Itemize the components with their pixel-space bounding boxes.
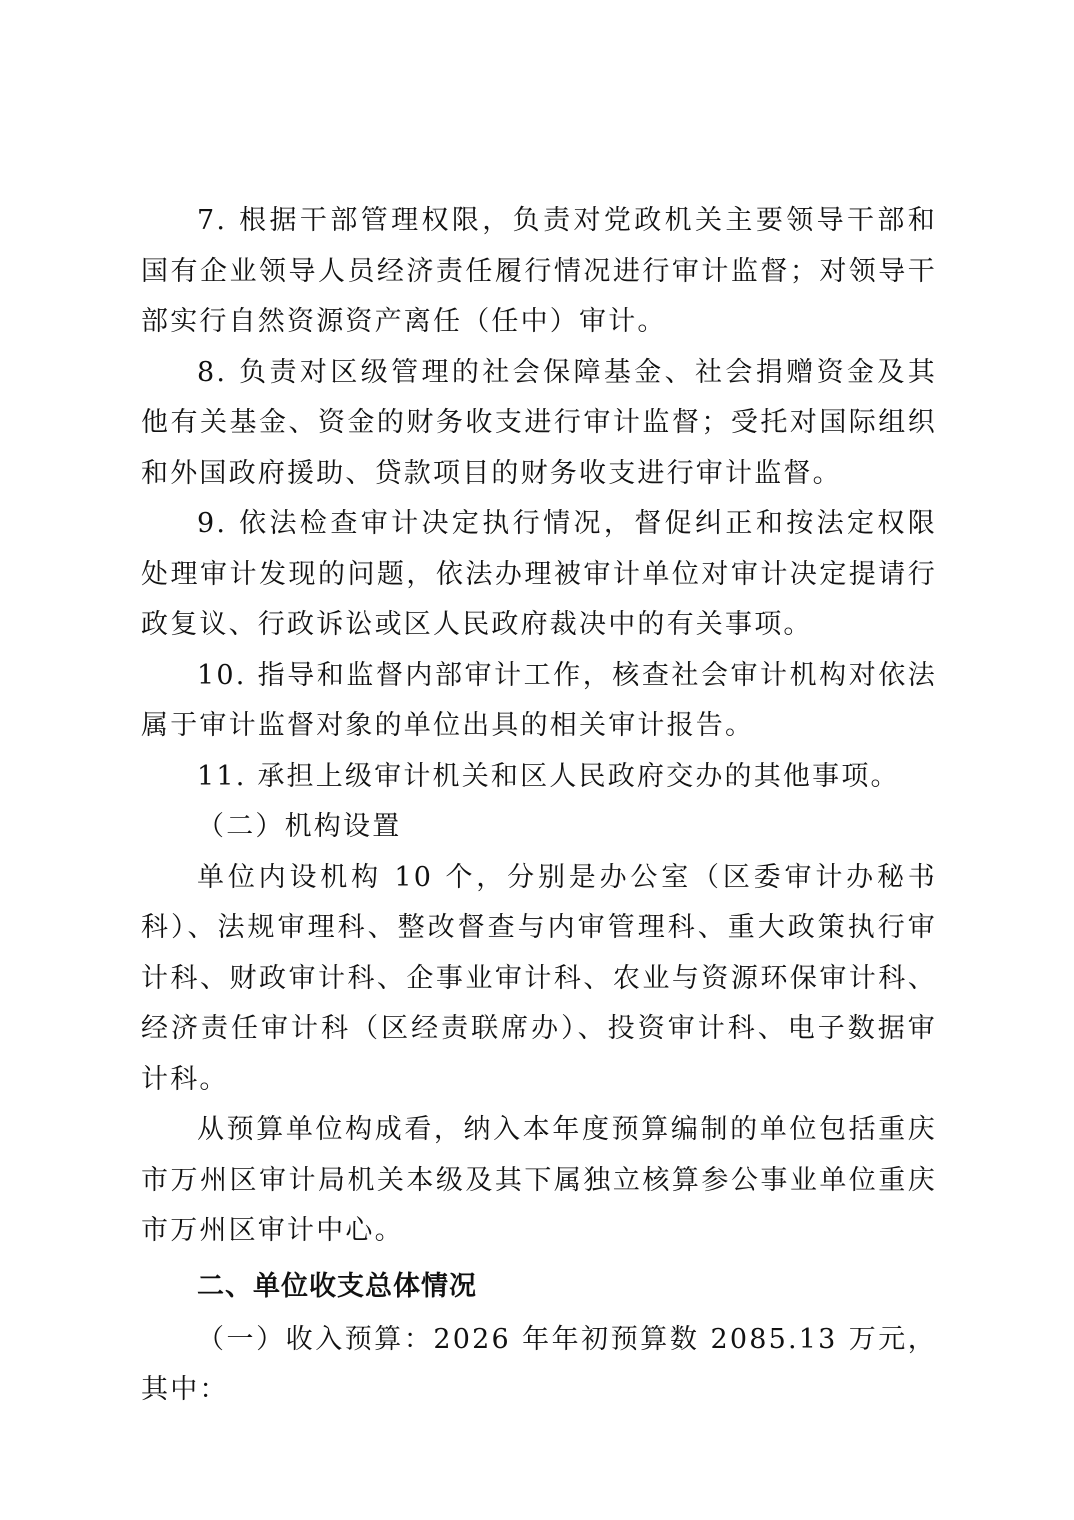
subsection-title-org-setup: （二）机构设置 xyxy=(141,802,937,853)
paragraph-item-10: 10. 指导和监督内部审计工作，核查社会审计机构对依法属于审计监督对象的单位出具… xyxy=(141,651,937,752)
paragraph-budget-units: 从预算单位构成看，纳入本年度预算编制的单位包括重庆市万州区审计局机关本级及其下属… xyxy=(141,1105,937,1257)
paragraph-income-budget: （一）收入预算：2026 年年初预算数 2085.13 万元，其中： xyxy=(141,1315,937,1416)
paragraph-item-7: 7. 根据干部管理权限，负责对党政机关主要领导干部和国有企业领导人员经济责任履行… xyxy=(141,196,937,348)
paragraph-item-11: 11. 承担上级审计机关和区人民政府交办的其他事项。 xyxy=(141,752,937,803)
section-title-income-expense: 二、单位收支总体情况 xyxy=(141,1259,937,1315)
paragraph-item-8: 8. 负责对区级管理的社会保障基金、社会捐赠资金及其他有关基金、资金的财务收支进… xyxy=(141,348,937,500)
document-page: 7. 根据干部管理权限，负责对党政机关主要领导干部和国有企业领导人员经济责任履行… xyxy=(141,196,937,1416)
paragraph-item-9: 9. 依法检查审计决定执行情况，督促纠正和按法定权限处理审计发现的问题，依法办理… xyxy=(141,499,937,651)
paragraph-internal-institutions: 单位内设机构 10 个，分别是办公室（区委审计办秘书科）、法规审理科、整改督查与… xyxy=(141,853,937,1106)
